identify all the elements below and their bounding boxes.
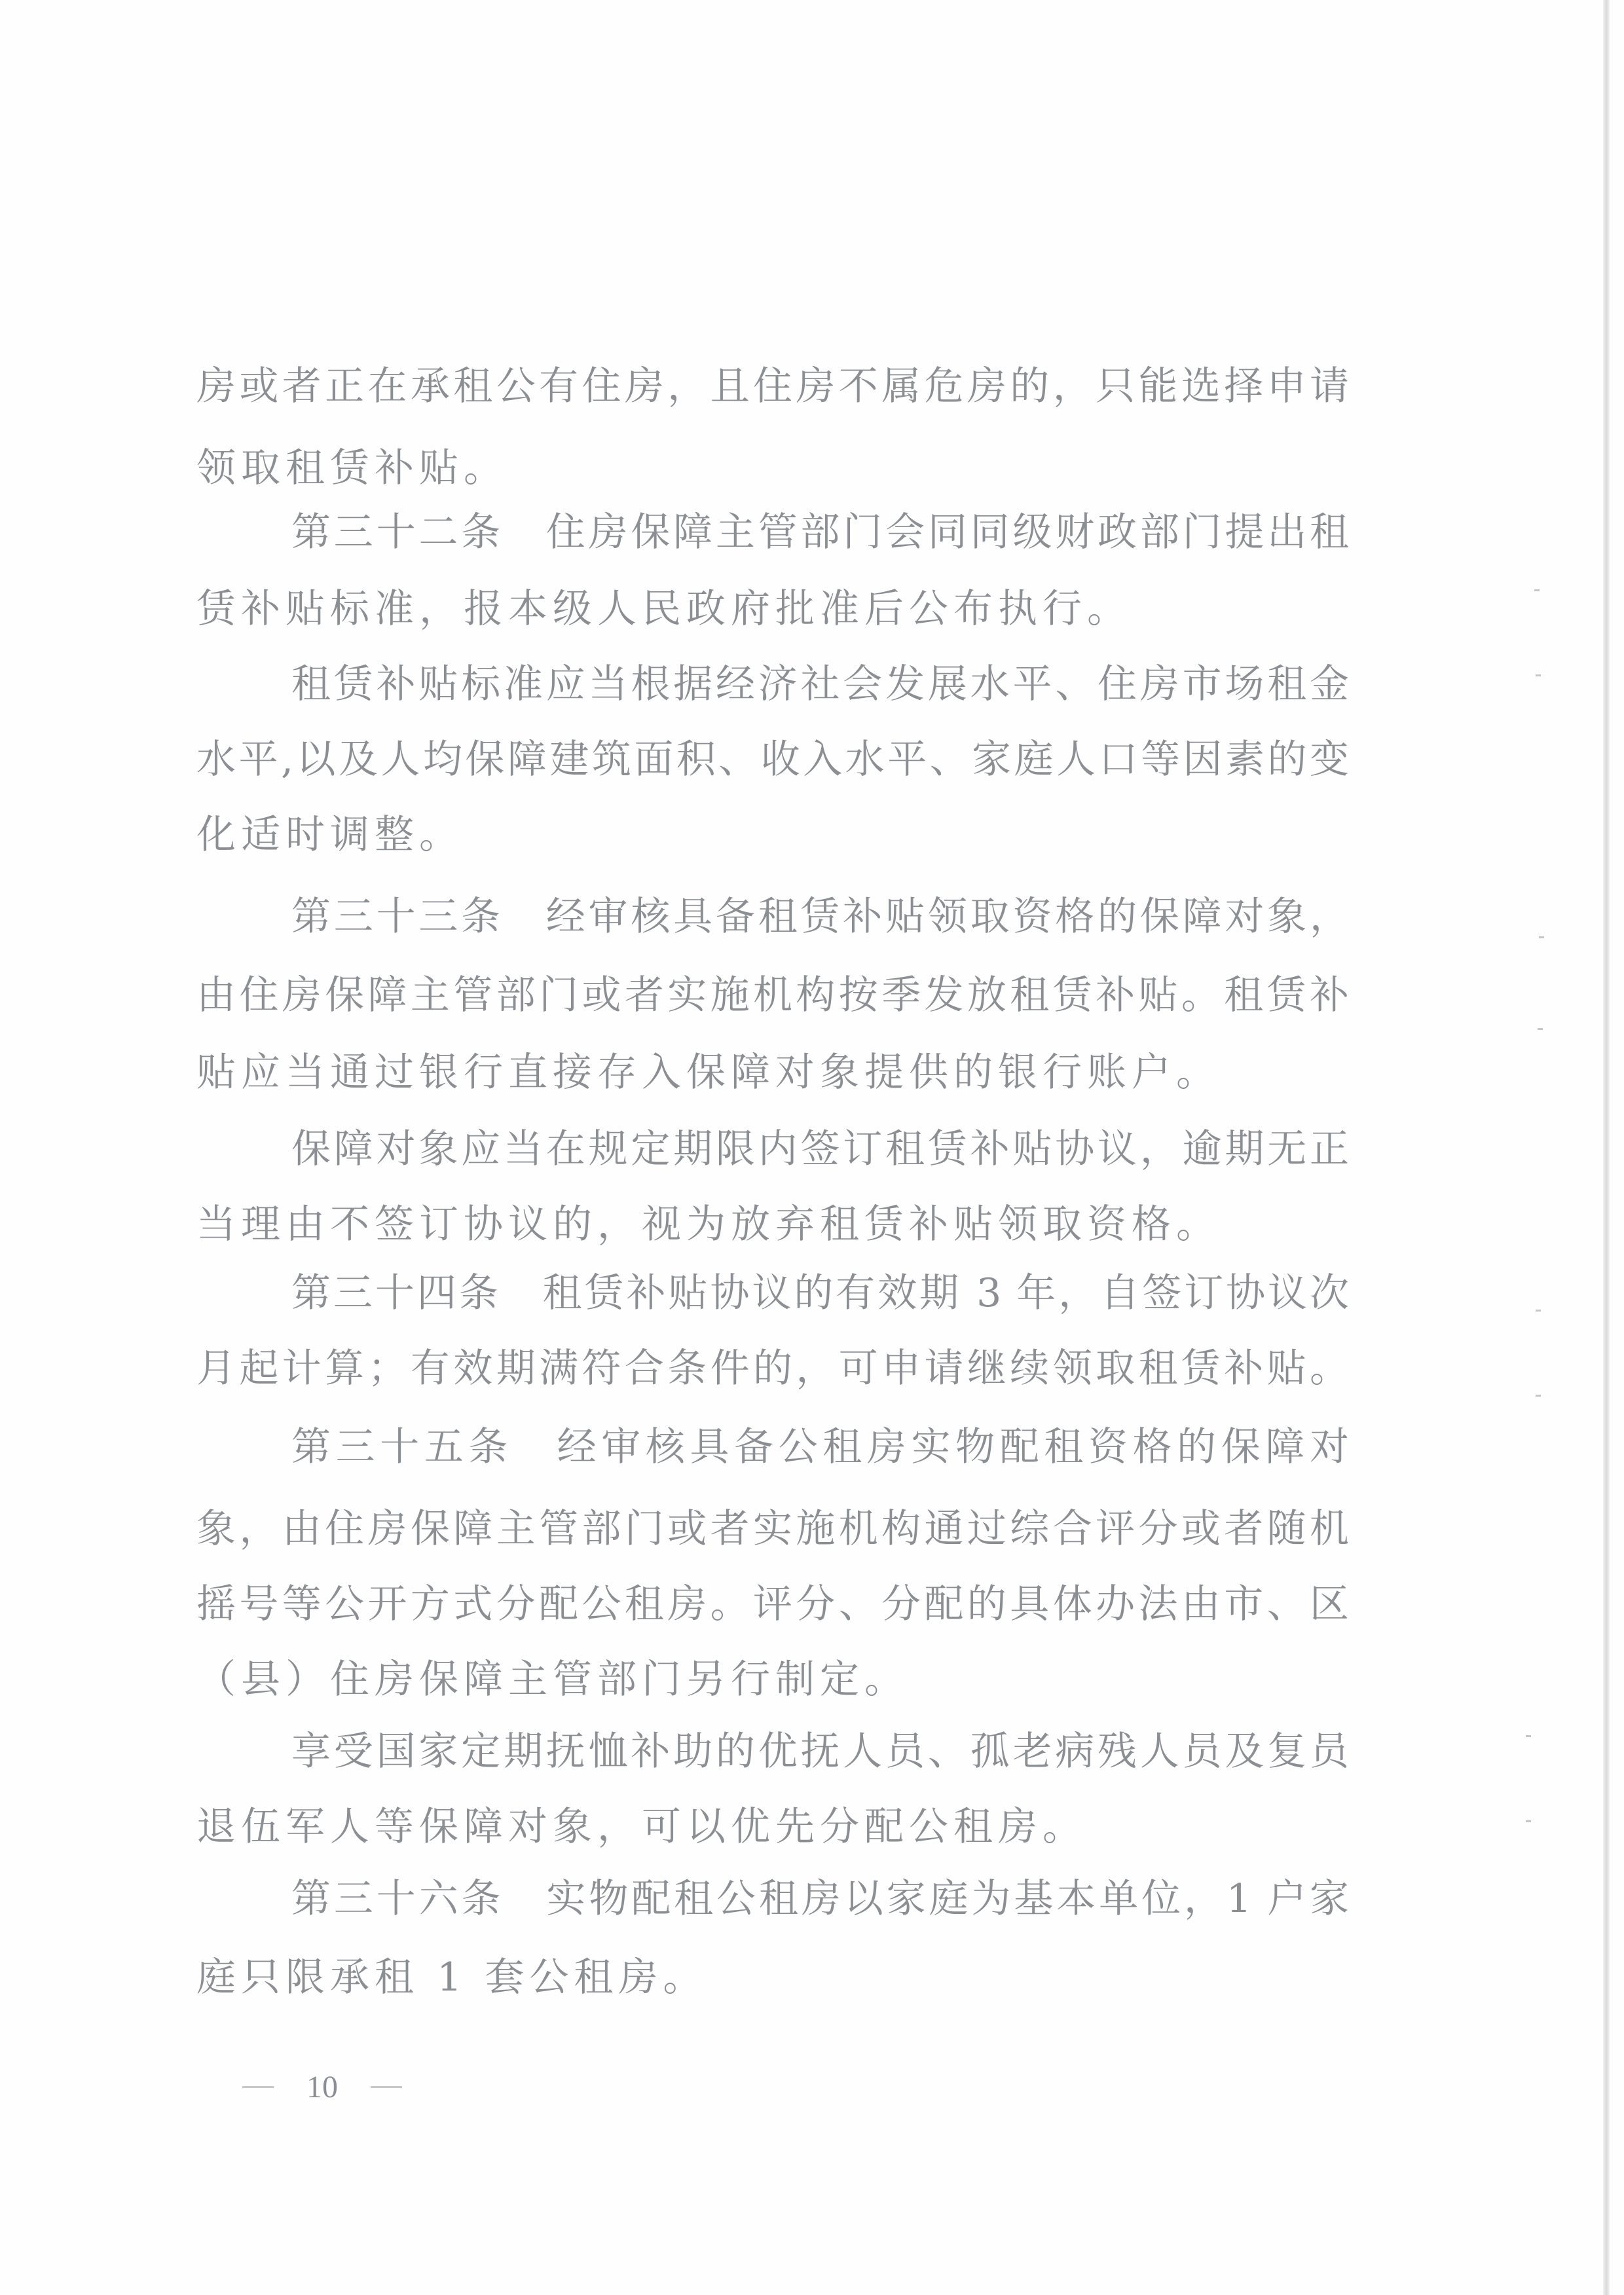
text-line: 摇号等公开方式分配公租房。评分、分配的具体办法由市、区 <box>196 1581 1349 1627</box>
text-line: 租赁补贴标准应当根据经济社会发展水平、住房市场租金 <box>291 661 1349 707</box>
scan-speck <box>1536 1395 1541 1397</box>
scan-speck <box>1526 1735 1531 1737</box>
text-line: 第三十三条 经审核具备租赁补贴领取资格的保障对象， <box>291 894 1349 940</box>
page-number: 10 <box>306 2069 338 2105</box>
text-line: 享受国家定期抚恤补助的优抚人员、孤老病残人员及复员 <box>291 1729 1349 1774</box>
text-line: 第三十六条 实物配租公租房以家庭为基本单位，1 户家 <box>291 1876 1349 1922</box>
scan-speck <box>1536 674 1541 676</box>
text-line: （县）住房保障主管部门另行制定。 <box>196 1657 1349 1702</box>
text-line: 房或者正在承租公有住房，且住房不属危房的，只能选择申请 <box>196 363 1349 409</box>
footer-dash-right <box>371 2086 402 2088</box>
text-line: 由住房保障主管部门或者实施机构按季发放租赁补贴。租赁补 <box>196 972 1349 1018</box>
text-line: 领取租赁补贴。 <box>196 445 1349 491</box>
text-line: 象，由住房保障主管部门或者实施机构通过综合评分或者随机 <box>196 1506 1349 1552</box>
text-line: 保障对象应当在规定期限内签订租赁补贴协议，逾期无正 <box>291 1126 1349 1172</box>
text-line: 赁补贴标准，报本级人民政府批准后公布执行。 <box>196 586 1349 632</box>
footer-dash-left <box>242 2086 274 2088</box>
text-line: 退伍军人等保障对象，可以优先分配公租房。 <box>196 1804 1349 1850</box>
document-page: 房或者正在承租公有住房，且住房不属危房的，只能选择申请领取租赁补贴。第三十二条 … <box>0 0 1624 2295</box>
text-line: 第三十五条 经审核具备公租房实物配租资格的保障对 <box>291 1424 1349 1470</box>
scan-speck <box>1538 1028 1543 1030</box>
scan-speck <box>1534 589 1540 591</box>
text-line: 月起计算；有效期满符合条件的，可申请继续领取租赁补贴。 <box>196 1346 1349 1391</box>
scan-speck <box>1536 1310 1541 1312</box>
text-line: 水平,以及人均保障建筑面积、收入水平、家庭人口等因素的变 <box>196 737 1349 782</box>
text-line: 贴应当通过银行直接存入保障对象提供的银行账户。 <box>196 1050 1349 1095</box>
scan-speck <box>1539 936 1544 938</box>
text-line: 当理由不签订协议的，视为放弃租赁补贴领取资格。 <box>196 1202 1349 1247</box>
page-footer: 10 <box>242 2069 439 2105</box>
scan-speck <box>1526 1820 1531 1822</box>
text-line: 第三十四条 租赁补贴协议的有效期 3 年，自签订协议次 <box>291 1270 1349 1316</box>
text-line: 庭只限承租 1 套公租房。 <box>196 1955 1349 2000</box>
scan-edge-shadow <box>1603 0 1610 2295</box>
text-line: 第三十二条 住房保障主管部门会同同级财政部门提出租 <box>291 509 1349 555</box>
text-line: 化适时调整。 <box>196 812 1349 858</box>
